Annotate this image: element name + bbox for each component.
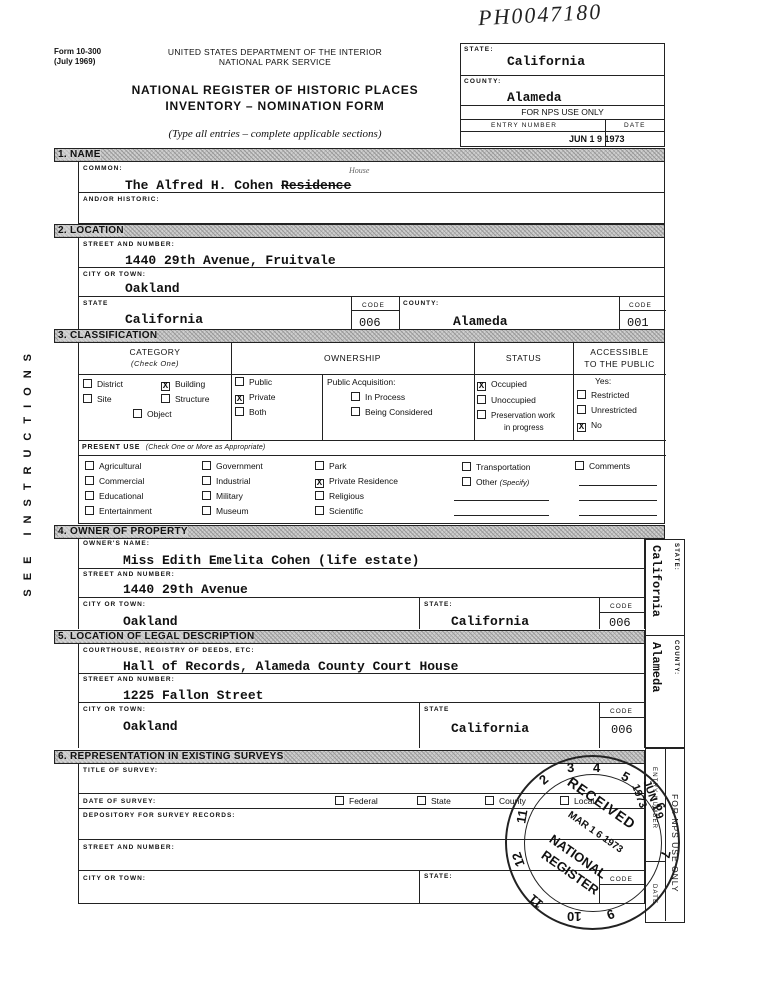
accessible-label-1: ACCESSIBLE	[573, 346, 666, 358]
form-instructions: (Type all entries – complete applicable …	[110, 128, 440, 140]
checkbox-public[interactable]	[235, 377, 244, 386]
category-object[interactable]: Object	[133, 409, 172, 419]
status-preservation[interactable]: Preservation work	[477, 410, 555, 420]
courthouse-field: COURTHOUSE, REGISTRY OF DEEDS, ETC: Hall…	[79, 644, 644, 674]
top-county-value[interactable]: Alameda	[507, 90, 562, 105]
courthouse-value[interactable]: Hall of Records, Alameda County Court Ho…	[123, 659, 458, 674]
checkbox-industrial[interactable]	[202, 476, 211, 485]
checkbox-government[interactable]	[202, 461, 211, 470]
checkbox-transportation[interactable]	[462, 462, 471, 471]
status-header: STATUS	[474, 352, 573, 364]
checkbox-county[interactable]	[485, 796, 494, 805]
owner-street-value[interactable]: 1440 29th Avenue	[123, 582, 248, 597]
side-state-county-strip: STATE: California COUNTY: Alameda	[645, 539, 685, 748]
comments-line-3[interactable]	[579, 515, 657, 516]
checkbox-occupied[interactable]: X	[477, 382, 486, 391]
present-use-sub-label: (Check One or More as Appropriate)	[146, 444, 266, 451]
owner-name-field: OWNER'S NAME: Miss Edith Emelita Cohen (…	[79, 539, 644, 569]
side-state-label: STATE:	[673, 543, 679, 571]
legal-city-row: CITY OR TOWN: Oakland STATE California C…	[79, 703, 644, 748]
legal-state-value[interactable]: California	[451, 721, 529, 736]
section-6-title: 6. REPRESENTATION IN EXISTING SURVEYS	[58, 751, 284, 762]
owner-street-label: STREET AND NUMBER:	[83, 571, 175, 578]
label-religious: Religious	[329, 491, 364, 501]
common-name-value[interactable]: The Alfred H. Cohen Residence	[125, 178, 351, 193]
courthouse-label: COURTHOUSE, REGISTRY OF DEEDS, ETC:	[83, 647, 255, 654]
label-park: Park	[329, 461, 346, 471]
use-agricultural[interactable]: Agricultural	[85, 461, 142, 471]
owner-street-field: STREET AND NUMBER: 1440 29th Avenue	[79, 569, 644, 598]
checkbox-private-residence[interactable]: X	[315, 479, 324, 488]
accessible-header: ACCESSIBLE TO THE PUBLIC	[573, 346, 666, 370]
stamp-ring-5: 5	[619, 768, 633, 785]
checkbox-unrestricted[interactable]	[577, 405, 586, 414]
location-state-code-label: CODE	[362, 302, 385, 309]
checkbox-in-process[interactable]	[351, 392, 360, 401]
acquisition-in-process[interactable]: In Process	[351, 392, 405, 402]
section-2-heading: 2. LOCATION	[54, 224, 665, 238]
checkbox-museum[interactable]	[202, 506, 211, 515]
checkbox-building[interactable]: X	[161, 382, 170, 391]
use-government[interactable]: Government	[202, 461, 263, 471]
label-unrestricted: Unrestricted	[591, 405, 637, 415]
checkbox-military[interactable]	[202, 491, 211, 500]
other-specify-label: (Specify)	[500, 478, 530, 487]
use-park[interactable]: Park	[315, 461, 346, 471]
legal-section: COURTHOUSE, REGISTRY OF DEEDS, ETC: Hall…	[78, 644, 645, 748]
side-state-value[interactable]: California	[649, 545, 663, 617]
label-agricultural: Agricultural	[99, 461, 142, 471]
use-educational[interactable]: Educational	[85, 491, 143, 501]
ownership-header: OWNERSHIP	[231, 352, 474, 364]
use-comments[interactable]: Comments	[575, 461, 630, 471]
label-in-process: In Process	[365, 392, 405, 402]
legal-street-field: STREET AND NUMBER: 1225 Fallon Street	[79, 674, 644, 703]
checkbox-unoccupied[interactable]	[477, 395, 486, 404]
section-3-title: 3. CLASSIFICATION	[58, 330, 157, 341]
label-educational: Educational	[99, 491, 143, 501]
owner-city-row: CITY OR TOWN: Oakland STATE: California …	[79, 598, 644, 629]
state-county-box: STATE: California COUNTY: Alameda FOR NP…	[460, 43, 665, 147]
use-commercial[interactable]: Commercial	[85, 476, 144, 486]
entry-number-label: ENTRY NUMBER	[491, 122, 557, 129]
checkbox-both[interactable]	[235, 407, 244, 416]
location-county-label: COUNTY:	[403, 300, 439, 307]
side-county-label: COUNTY:	[673, 640, 679, 675]
checkbox-private[interactable]: X	[235, 395, 244, 404]
checkbox-district[interactable]	[83, 379, 92, 388]
legal-code-value[interactable]: 006	[611, 723, 633, 737]
checkbox-object[interactable]	[133, 409, 142, 418]
use-other[interactable]: Other (Specify)	[462, 477, 529, 487]
checkbox-scientific[interactable]	[315, 506, 324, 515]
location-county-value[interactable]: Alameda	[453, 314, 508, 329]
top-county-field: COUNTY: Alameda	[461, 76, 664, 106]
category-site[interactable]: Site	[83, 394, 112, 404]
location-county-code-label: CODE	[629, 302, 652, 309]
checkbox-other[interactable]	[462, 477, 471, 486]
label-government: Government	[216, 461, 263, 471]
label-public: Public	[249, 377, 272, 387]
form-number: Form 10-300 (July 1969)	[54, 47, 101, 67]
received-stamp: 3 4 5 6 7 2 11 12 11 10 9 RECEIVED MAR 1…	[505, 755, 680, 930]
handwritten-annotation: House	[349, 166, 369, 175]
checkbox-educational[interactable]	[85, 491, 94, 500]
present-use-header: PRESENT USE (Check One or More as Approp…	[82, 444, 265, 451]
location-city-label: CITY OR TOWN:	[83, 271, 146, 278]
owner-name-label: OWNER'S NAME:	[83, 540, 150, 547]
present-use-label: PRESENT USE	[82, 444, 140, 451]
comments-line-2[interactable]	[579, 500, 657, 501]
owner-code-label: CODE	[610, 603, 633, 610]
checkbox-structure[interactable]	[161, 394, 170, 403]
owner-state-label: STATE:	[424, 601, 453, 608]
label-site: Site	[97, 394, 112, 404]
stamp-ring-10: 10	[567, 909, 581, 924]
category-building[interactable]: XBuilding	[161, 379, 205, 391]
survey-date-label: DATE OF SURVEY:	[83, 798, 156, 805]
section-5-heading: 5. LOCATION OF LEGAL DESCRIPTION	[54, 630, 645, 644]
checkbox-federal[interactable]	[335, 796, 344, 805]
nps-use-only-label: FOR NPS USE ONLY	[461, 106, 664, 120]
public-acquisition-label: Public Acquisition:	[327, 377, 396, 387]
owner-section: OWNER'S NAME: Miss Edith Emelita Cohen (…	[78, 539, 645, 629]
historic-name-field: AND/OR HISTORIC:	[79, 193, 664, 224]
category-label: CATEGORY	[79, 346, 231, 358]
location-city-field: CITY OR TOWN: Oakland	[79, 268, 664, 297]
status-unoccupied[interactable]: Unoccupied	[477, 395, 536, 405]
top-county-label: COUNTY:	[464, 78, 502, 85]
location-street-label: STREET AND NUMBER:	[83, 241, 175, 248]
classification-section: CATEGORY (Check One) OWNERSHIP STATUS AC…	[78, 343, 665, 524]
survey-state-label: STATE:	[424, 873, 453, 880]
section-3-heading: 3. CLASSIFICATION	[54, 329, 665, 343]
historic-name-label: AND/OR HISTORIC:	[83, 196, 160, 203]
accessible-unrestricted[interactable]: Unrestricted	[577, 405, 637, 415]
label-object: Object	[147, 409, 172, 419]
preservation-sub-label: in progress	[504, 423, 544, 432]
section-4-heading: 4. OWNER OF PROPERTY	[54, 525, 665, 539]
section-1-title: 1. NAME	[58, 149, 101, 160]
category-header: CATEGORY (Check One)	[79, 346, 231, 370]
section-4-title: 4. OWNER OF PROPERTY	[58, 526, 188, 537]
stamp-ring-11: 11	[513, 808, 530, 824]
ownership-public[interactable]: Public	[235, 377, 272, 387]
common-name-text: The Alfred H. Cohen	[125, 178, 273, 193]
use-museum[interactable]: Museum	[202, 506, 249, 516]
label-military: Military	[216, 491, 243, 501]
checkbox-entertainment[interactable]	[85, 506, 94, 515]
struck-text: Residence	[281, 178, 351, 193]
legal-city-label: CITY OR TOWN:	[83, 706, 146, 713]
label-no: No	[591, 420, 602, 430]
label-preservation: Preservation work	[491, 411, 555, 420]
top-state-value[interactable]: California	[507, 54, 585, 69]
location-street-value[interactable]: 1440 29th Avenue, Fruitvale	[125, 253, 336, 268]
checkbox-agricultural[interactable]	[85, 461, 94, 470]
accessible-yes-label: Yes:	[595, 376, 611, 386]
use-religious[interactable]: Religious	[315, 491, 364, 501]
checkbox-no[interactable]: X	[577, 423, 586, 432]
legal-city-value[interactable]: Oakland	[123, 719, 178, 734]
top-state-field: STATE: California	[461, 44, 664, 76]
entry-date-header: ENTRY NUMBER DATE	[461, 120, 664, 132]
label-private: Private	[249, 392, 275, 402]
top-state-label: STATE:	[464, 46, 494, 53]
depository-label: DEPOSITORY FOR SURVEY RECORDS:	[83, 812, 235, 819]
checkbox-being-considered[interactable]	[351, 407, 360, 416]
owner-city-value[interactable]: Oakland	[123, 614, 178, 629]
agency-name: NATIONAL PARK SERVICE	[130, 57, 420, 67]
stamp-ring-2: 2	[536, 771, 551, 787]
label-unoccupied: Unoccupied	[491, 395, 536, 405]
category-sub-label: (Check One)	[79, 358, 231, 370]
location-state-value[interactable]: California	[125, 312, 203, 327]
legal-street-value[interactable]: 1225 Fallon Street	[123, 688, 263, 703]
section-2-title: 2. LOCATION	[58, 225, 124, 236]
label-entertainment: Entertainment	[99, 506, 152, 516]
location-city-value[interactable]: Oakland	[125, 281, 180, 296]
location-county-code[interactable]: 001	[627, 316, 649, 330]
other-line-1[interactable]	[454, 500, 549, 501]
location-section: STREET AND NUMBER: 1440 29th Avenue, Fru…	[78, 238, 665, 329]
common-name-field: COMMON: The Alfred H. Cohen Residence Ho…	[79, 162, 664, 193]
date-stamp: JUN 1 9 1973	[569, 134, 625, 144]
department-name: UNITED STATES DEPARTMENT OF THE INTERIOR	[130, 47, 420, 57]
label-private-residence: Private Residence	[329, 476, 398, 486]
survey-state[interactable]: State	[417, 796, 451, 806]
checkbox-comments[interactable]	[575, 461, 584, 470]
location-state-label: STATE	[83, 300, 108, 307]
see-instructions-label: SEE INSTRUCTIONS	[22, 345, 34, 597]
section-1-heading: 1. NAME	[54, 148, 665, 162]
use-transportation[interactable]: Transportation	[462, 462, 531, 472]
label-structure: Structure	[175, 394, 210, 404]
checkbox-religious[interactable]	[315, 491, 324, 500]
form-number-text: Form 10-300	[54, 47, 101, 57]
label-being-considered: Being Considered	[365, 407, 433, 417]
legal-state-label: STATE	[424, 706, 449, 713]
stamp-ring-11b: 11	[526, 891, 546, 911]
checkbox-restricted[interactable]	[577, 390, 586, 399]
label-museum: Museum	[216, 506, 249, 516]
label-industrial: Industrial	[216, 476, 251, 486]
use-private-residence[interactable]: XPrivate Residence	[315, 476, 398, 488]
department-heading: UNITED STATES DEPARTMENT OF THE INTERIOR…	[130, 47, 420, 67]
date-label: DATE	[624, 122, 646, 129]
survey-city-label: CITY OR TOWN:	[83, 875, 146, 882]
owner-name-value[interactable]: Miss Edith Emelita Cohen (life estate)	[123, 553, 419, 568]
survey-street-label: STREET AND NUMBER:	[83, 844, 175, 851]
checkbox-preservation[interactable]	[477, 410, 486, 419]
accessible-no[interactable]: XNo	[577, 420, 602, 432]
owner-city-label: CITY OR TOWN:	[83, 601, 146, 608]
use-military[interactable]: Military	[202, 491, 243, 501]
comments-line-1[interactable]	[579, 485, 657, 486]
form-date-text: (July 1969)	[54, 57, 101, 67]
location-state-code[interactable]: 006	[359, 316, 381, 330]
label-transportation: Transportation	[476, 462, 531, 472]
status-occupied[interactable]: XOccupied	[477, 379, 527, 391]
legal-street-label: STREET AND NUMBER:	[83, 676, 175, 683]
name-section: COMMON: The Alfred H. Cohen Residence Ho…	[78, 162, 665, 224]
owner-state-value[interactable]: California	[451, 614, 529, 629]
checkbox-park[interactable]	[315, 461, 324, 470]
label-commercial: Commercial	[99, 476, 144, 486]
ownership-private[interactable]: XPrivate	[235, 392, 275, 404]
checkbox-site[interactable]	[83, 394, 92, 403]
other-line-2[interactable]	[454, 515, 549, 516]
side-county-value[interactable]: Alameda	[649, 642, 663, 692]
category-structure[interactable]: Structure	[161, 394, 210, 404]
label-occupied: Occupied	[491, 379, 527, 389]
stamp-ring-9: 9	[605, 906, 617, 923]
use-entertainment[interactable]: Entertainment	[85, 506, 152, 516]
label-federal: Federal	[349, 796, 378, 806]
checkbox-state[interactable]	[417, 796, 426, 805]
label-comments: Comments	[589, 461, 630, 471]
legal-code-label: CODE	[610, 708, 633, 715]
use-scientific[interactable]: Scientific	[315, 506, 363, 516]
use-industrial[interactable]: Industrial	[202, 476, 251, 486]
location-street-field: STREET AND NUMBER: 1440 29th Avenue, Fru…	[79, 238, 664, 268]
checkbox-commercial[interactable]	[85, 476, 94, 485]
title-line-1: NATIONAL REGISTER OF HISTORIC PLACES	[110, 82, 440, 98]
category-district[interactable]: District	[83, 379, 123, 389]
section-5-title: 5. LOCATION OF LEGAL DESCRIPTION	[58, 631, 254, 642]
handwritten-reference-number: PH0047180	[477, 0, 603, 31]
label-both: Both	[249, 407, 267, 417]
form-title: NATIONAL REGISTER OF HISTORIC PLACES INV…	[110, 82, 440, 114]
label-scientific: Scientific	[329, 506, 363, 516]
label-restricted: Restricted	[591, 390, 629, 400]
accessible-label-2: TO THE PUBLIC	[573, 358, 666, 370]
label-state: State	[431, 796, 451, 806]
acquisition-being-considered[interactable]: Being Considered	[351, 407, 433, 417]
label-other: Other	[476, 477, 497, 487]
survey-title-label: TITLE OF SURVEY:	[83, 767, 158, 774]
location-state-county-row: STATE California CODE 006 COUNTY: Alamed…	[79, 297, 664, 329]
title-line-2: INVENTORY – NOMINATION FORM	[110, 98, 440, 114]
owner-code-value[interactable]: 006	[609, 616, 631, 630]
label-building: Building	[175, 379, 205, 389]
ownership-both[interactable]: Both	[235, 407, 267, 417]
stamp-ring-4: 4	[593, 760, 600, 775]
label-district: District	[97, 379, 123, 389]
accessible-restricted[interactable]: Restricted	[577, 390, 629, 400]
common-name-label: COMMON:	[83, 165, 123, 172]
survey-federal[interactable]: Federal	[335, 796, 378, 806]
